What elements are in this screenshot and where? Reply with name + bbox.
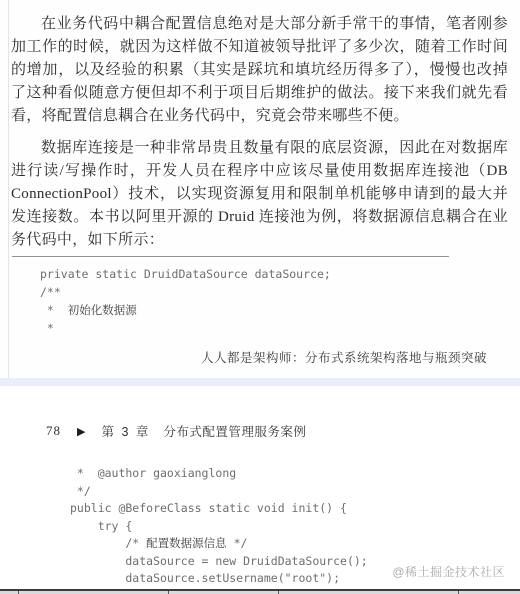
code-line: /**: [40, 283, 520, 301]
code-line: * 初始化数据源: [40, 301, 520, 319]
book-title-footer: 人人都是架构师：分布式系统架构落地与瓶颈突破: [201, 348, 487, 366]
book-page-upper: 在业务代码中耦合配置信息绝对是大部分新手常干的事情，笔者刚参加工作的时候，就因为…: [0, 0, 520, 378]
chapter-title: 分布式配置管理服务案例: [163, 422, 306, 440]
page-gap: [0, 378, 520, 386]
chapter-header: 78 ▶ 第 3 章 分布式配置管理服务案例: [46, 422, 306, 440]
code-line: public @BeforeClass static void init() {: [70, 500, 368, 518]
body-paragraph: 数据库连接是一种非常昂贵且数量有限的底层资源，因此在对数据库进行读/写操作时，开…: [0, 137, 520, 252]
cropped-bottom-bar: [0, 589, 520, 594]
chapter-label: 第 3 章: [101, 422, 150, 440]
code-line: * @author gaoxianglong: [70, 465, 368, 483]
code-line: try {: [70, 518, 368, 536]
watermark-juejin-community: @稀土掘金技术社区: [392, 563, 505, 580]
body-paragraph: 在业务代码中耦合配置信息绝对是大部分新手常干的事情，笔者刚参加工作的时候，就因为…: [0, 0, 520, 128]
code-block-init-method: * @author gaoxianglong */public @BeforeC…: [0, 465, 368, 588]
chapter-marker-icon: ▶: [77, 425, 85, 438]
book-page-lower: 78 ▶ 第 3 章 分布式配置管理服务案例 * @author gaoxian…: [0, 386, 520, 594]
code-line: */: [70, 483, 368, 501]
code-line: *: [40, 319, 520, 337]
page-edge-line: [8, 0, 9, 378]
code-line: dataSource.setUsername("root");: [70, 570, 368, 588]
code-line: dataSource = new DruidDataSource();: [70, 553, 368, 571]
code-line: private static DruidDataSource dataSourc…: [40, 265, 520, 283]
page-number: 78: [46, 423, 61, 439]
code-line: /* 配置数据源信息 */: [70, 535, 368, 553]
code-block-datasource-declaration: private static DruidDataSource dataSourc…: [0, 257, 520, 337]
